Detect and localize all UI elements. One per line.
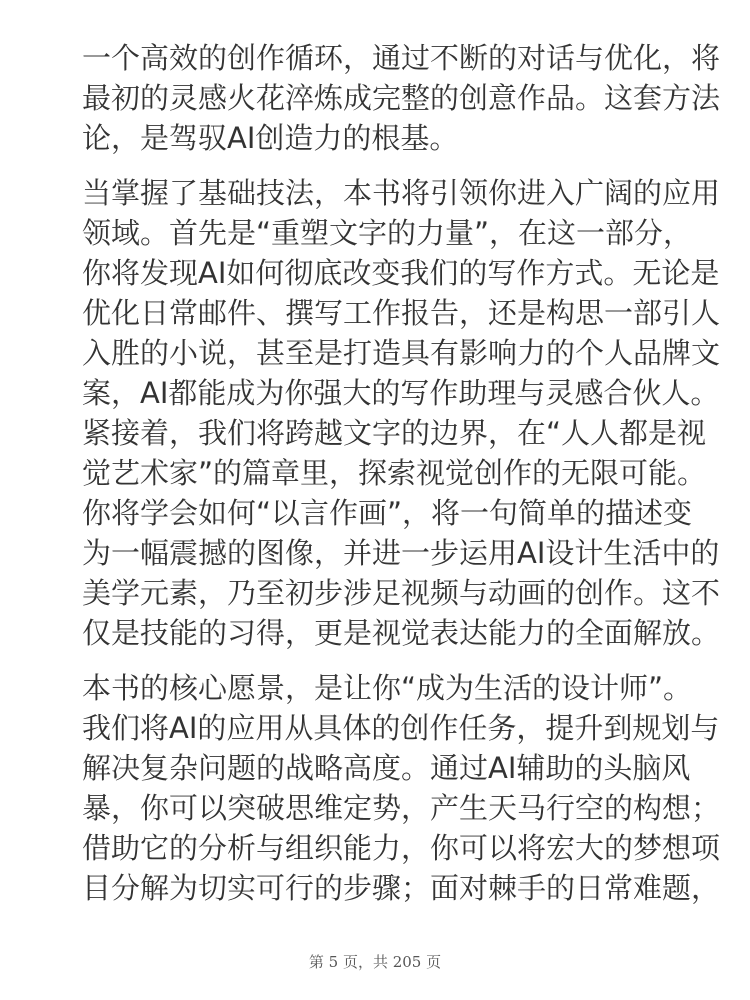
text-line: 觉艺术家”的篇章里，探索视觉创作的无限可能。 bbox=[82, 453, 668, 493]
text-line: 优化日常邮件、撰写工作报告，还是构思一部引人 bbox=[82, 293, 668, 333]
text-line: 领域。首先是“重塑文字的力量”，在这一部分， bbox=[82, 213, 668, 253]
text-line: 我们将AI的应用从具体的创作任务，提升到规划与 bbox=[82, 708, 668, 748]
text-line: 暴，你可以突破思维定势，产生天马行空的构想； bbox=[82, 788, 668, 828]
text-line: 紧接着，我们将跨越文字的边界，在“人人都是视 bbox=[82, 413, 668, 453]
text-line: 借助它的分析与组织能力，你可以将宏大的梦想项 bbox=[82, 828, 668, 868]
text-line: 案，AI都能成为你强大的写作助理与灵感合伙人。 bbox=[82, 373, 668, 413]
paragraph-3: 本书的核心愿景，是让你“成为生活的设计师”。 我们将AI的应用从具体的创作任务，… bbox=[82, 668, 668, 908]
text-line: 为一幅震撼的图像，并进一步运用AI设计生活中的 bbox=[82, 533, 668, 573]
text-line: 本书的核心愿景，是让你“成为生活的设计师”。 bbox=[82, 668, 668, 708]
text-line: 仅是技能的习得，更是视觉表达能力的全面解放。 bbox=[82, 613, 668, 653]
text-line: 解决复杂问题的战略高度。通过AI辅助的头脑风 bbox=[82, 748, 668, 788]
paragraph-1: 一个高效的创作循环，通过不断的对话与优化，将 最初的灵感火花淬炼成完整的创意作品… bbox=[82, 38, 668, 158]
text-line: 你将学会如何“以言作画”，将一句简单的描述变 bbox=[82, 493, 668, 533]
paragraph-2: 当掌握了基础技法，本书将引领你进入广阔的应用 领域。首先是“重塑文字的力量”，在… bbox=[82, 173, 668, 653]
text-line: 当掌握了基础技法，本书将引领你进入广阔的应用 bbox=[82, 173, 668, 213]
text-line: 美学元素，乃至初步涉足视频与动画的创作。这不 bbox=[82, 573, 668, 613]
text-line: 论，是驾驭AI创造力的根基。 bbox=[82, 118, 668, 158]
text-line: 一个高效的创作循环，通过不断的对话与优化，将 bbox=[82, 38, 668, 78]
text-line: 最初的灵感火花淬炼成完整的创意作品。这套方法 bbox=[82, 78, 668, 118]
text-line: 目分解为切实可行的步骤；面对棘手的日常难题， bbox=[82, 868, 668, 908]
page-number-footer: 第 5 页，共 205 页 bbox=[0, 951, 750, 972]
document-page: 一个高效的创作循环，通过不断的对话与优化，将 最初的灵感火花淬炼成完整的创意作品… bbox=[82, 38, 668, 923]
text-line: 入胜的小说，甚至是打造具有影响力的个人品牌文 bbox=[82, 333, 668, 373]
text-line: 你将发现AI如何彻底改变我们的写作方式。无论是 bbox=[82, 253, 668, 293]
